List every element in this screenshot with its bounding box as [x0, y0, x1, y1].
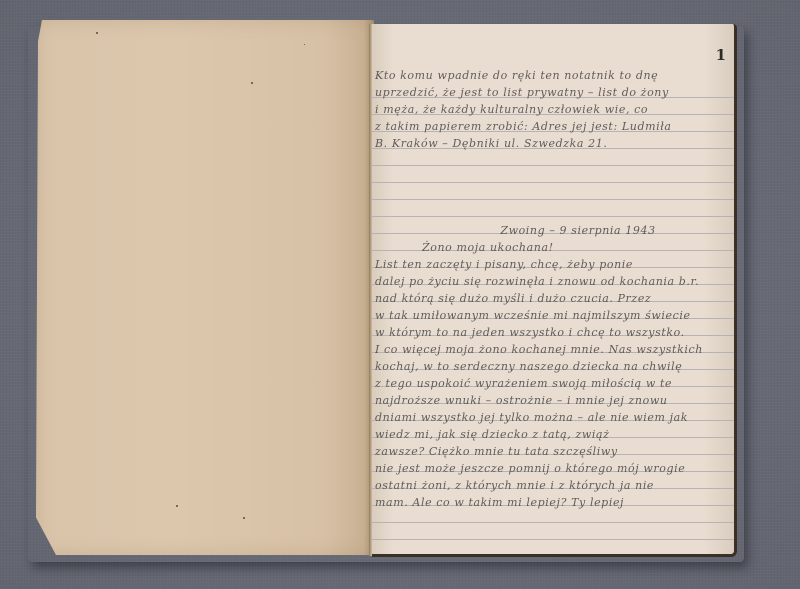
body-line: zawsze? Ciężko mnie tu tata szczęśliwy	[375, 443, 724, 460]
body-line: ostatni żoni, z których mnie i z których…	[375, 477, 724, 494]
page-number: 1	[716, 46, 726, 64]
body-line: kochaj, w to serdeczny naszego dziecka n…	[375, 358, 724, 375]
header-line: i męża, że każdy kulturalny człowiek wie…	[375, 101, 724, 118]
body-line: nie jest może jeszcze pomnij o którego m…	[375, 460, 724, 477]
paper-speck	[243, 517, 245, 519]
salutation: Żono moja ukochana!	[422, 239, 724, 256]
body-line: nad którą się dużo myśli i dużo czucia. …	[375, 290, 724, 307]
header-line: z takim papierem zrobić: Adres jej jest:…	[375, 118, 724, 135]
paper-speck	[96, 32, 98, 34]
body-line: wiedz mi, jak się dziecko z tatą, zwiąż	[375, 426, 724, 443]
body-line: z tego uspokoić wyrażeniem swoją miłości…	[375, 375, 724, 392]
body-line: dniami wszystko jej tylko można – ale ni…	[375, 409, 724, 426]
header-line: B. Kraków – Dębniki ul. Szwedzka 21.	[375, 135, 724, 152]
body-line: I co więcej moja żono kochanej mnie. Nas…	[375, 341, 724, 358]
body-line: najdroższe wnuki – ostrożnie – i mnie je…	[375, 392, 724, 409]
entry-heading: Zwoing – 9 sierpnia 1943	[432, 222, 724, 239]
body-line: mam. Ale co w takim mi lepiej? Ty lepiej	[375, 494, 724, 511]
paper-speck	[176, 505, 178, 507]
header-line: Kto komu wpadnie do ręki ten notatnik to…	[375, 67, 724, 84]
paper-speck	[251, 82, 253, 84]
body-line: w którym to na jeden wszystko i chcę to …	[375, 324, 724, 341]
paper-speck	[304, 44, 305, 45]
header-line: uprzedzić, że jest to list prywatny – li…	[375, 84, 724, 101]
right-page-handwritten: 1 Kto komu wpadnie do ręki ten notatnik …	[372, 24, 737, 557]
body-line: List ten zaczęty i pisany, chcę, żeby po…	[375, 256, 724, 273]
left-page-blank	[36, 20, 374, 555]
body-line: dalej po życiu się rozwinęła i znowu od …	[375, 273, 724, 290]
body-line: w tak umiłowanym wcześnie mi najmilszym …	[375, 307, 724, 324]
